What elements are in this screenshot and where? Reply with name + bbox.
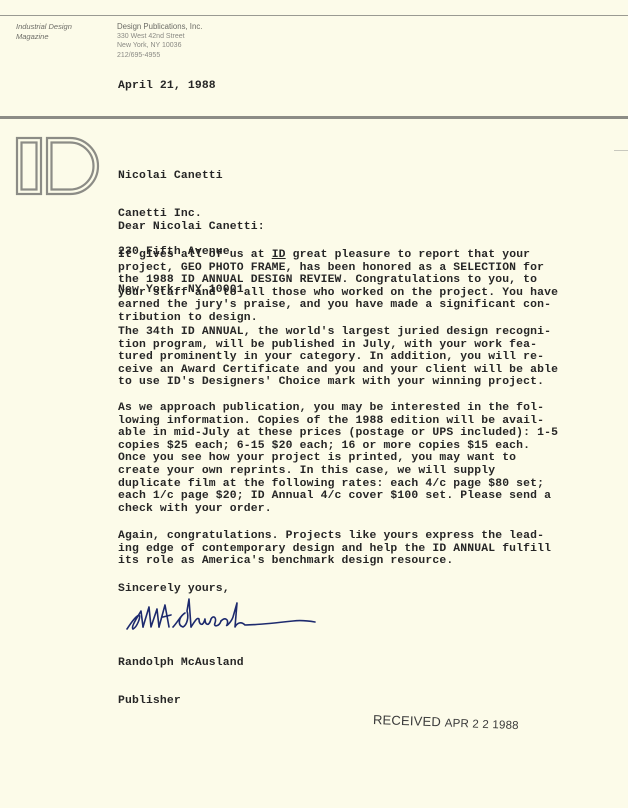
- publisher-address-block: Design Publications, Inc. 330 West 42nd …: [117, 22, 202, 60]
- paragraph-congratulations: It gives all of us at ID great pleasure …: [118, 249, 558, 325]
- received-stamp-label: RECEIVED: [373, 712, 445, 729]
- recipient-company: Canetti Inc.: [118, 208, 244, 221]
- paper-mark: [614, 150, 628, 151]
- received-stamp-date: APR 2 2 1988: [445, 718, 519, 733]
- header-divider-rule: [0, 116, 628, 119]
- header-top-rule: [0, 15, 628, 16]
- complimentary-close: Sincerely yours,: [118, 583, 230, 596]
- paragraph-closing-remarks: Again, congratulations. Projects like yo…: [118, 530, 551, 568]
- recipient-name: Nicolai Canetti: [118, 170, 244, 183]
- paragraph-pricing: As we approach publication, you may be i…: [118, 402, 558, 515]
- magazine-name-line1: Industrial Design: [16, 22, 72, 32]
- signer-name: Randolph McAusland: [118, 657, 244, 670]
- paragraph-lead: It gives all of us at: [118, 249, 272, 261]
- publisher-phone: 212/695-4955: [117, 51, 202, 61]
- magazine-name-line2: Magazine: [16, 32, 72, 42]
- id-underlined: ID: [272, 249, 286, 261]
- publisher-street: 330 West 42nd Street: [117, 32, 202, 42]
- publisher-city: New York, NY 10036: [117, 41, 202, 51]
- signature-icon: [125, 597, 325, 633]
- letter-date: April 21, 1988: [118, 80, 216, 93]
- signer-block: Randolph McAusland Publisher: [118, 632, 244, 720]
- signer-title: Publisher: [118, 695, 244, 708]
- publisher-company: Design Publications, Inc.: [117, 22, 202, 32]
- received-stamp: RECEIVED APR 2 2 1988: [373, 712, 519, 732]
- id-logo-icon: [14, 136, 104, 196]
- paragraph-annual-info: The 34th ID ANNUAL, the world's largest …: [118, 326, 558, 389]
- magazine-name: Industrial Design Magazine: [16, 22, 72, 42]
- salutation: Dear Nicolai Canetti:: [118, 221, 265, 234]
